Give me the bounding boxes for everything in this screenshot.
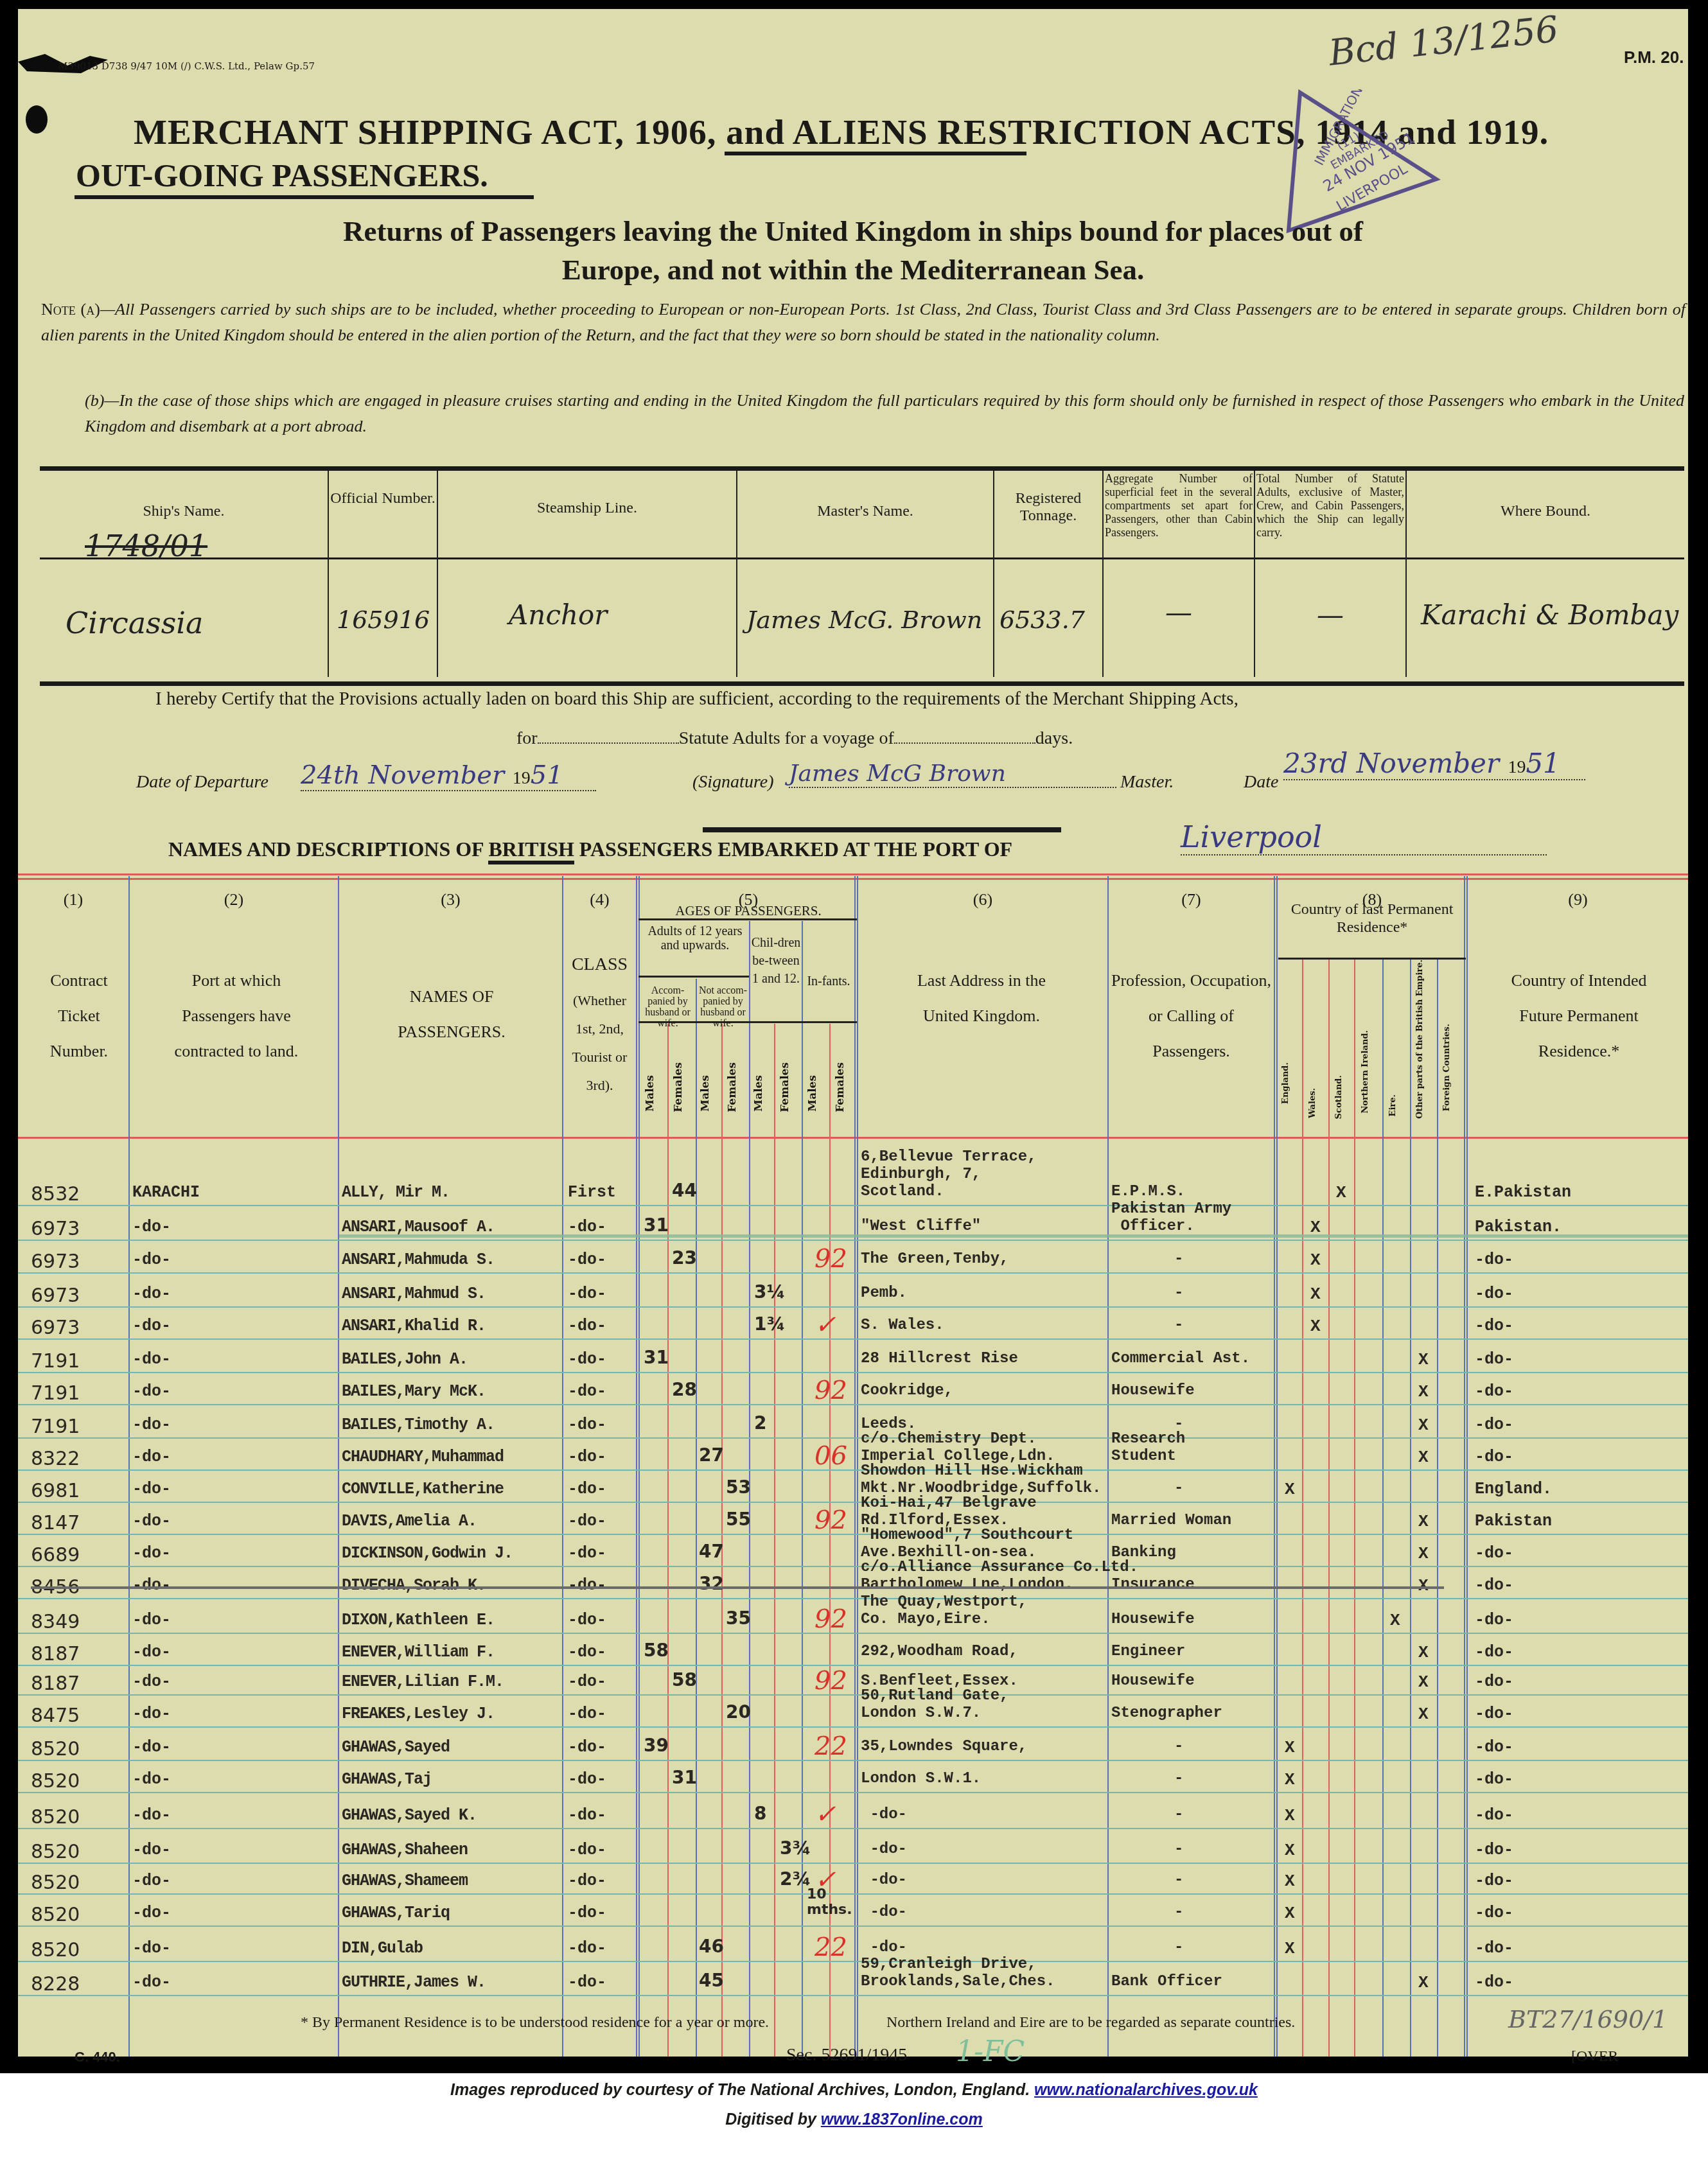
residence-mark: X [1310,1285,1321,1304]
row-rule [18,1863,1688,1864]
row-rule [18,1306,1688,1308]
1837online-link[interactable]: www.1837online.com [821,2110,983,2128]
heading-line-2: Europe, and not within the Mediterranean… [18,253,1688,286]
last-address: The Green,Tenby, [861,1250,1008,1268]
row-rule [18,1534,1688,1535]
col-divider [338,876,339,2057]
port-to-land: -do- [132,1705,171,1723]
row-rule [18,1240,1688,1241]
col7-number: (7) [1109,884,1274,915]
row-rule [18,1437,1688,1439]
port-to-land: -do- [132,1250,171,1269]
profession: - [1174,1872,1183,1889]
port-to-land: -do- [132,1738,171,1757]
last-address: Koi-Hai,47 Belgrave Rd.Ilford,Essex. [861,1495,1037,1529]
date-value: 23rd November [1283,748,1499,779]
official-number-value: 165916 [337,606,430,634]
passenger-age: 55 [726,1512,751,1527]
col9-header: Country of Intended Future Permanent Res… [1489,963,1669,1069]
registered-tonnage-value: 6533.7 [999,606,1085,634]
header-registered-tonnage: Registered Tonnage. [994,490,1102,525]
passenger-class: -do- [568,1480,606,1498]
row-rule [18,1961,1688,1962]
row-rule [18,1404,1688,1405]
last-address: London S.W.1. [861,1770,981,1787]
ticket-number: 8520 [31,1806,80,1829]
future-residence: Pakistan [1475,1512,1552,1531]
header-official-number: Official Number. [329,490,437,507]
passenger-age: 45 [699,1973,724,1988]
col3-number: (3) [339,884,562,915]
aggregate-value: — [1104,597,1254,628]
header-where-bound: Where Bound. [1407,503,1684,520]
row-rule [18,1338,1688,1340]
passenger-name: ENEVER,Lilian F.M. [342,1672,504,1691]
passenger-age: 3¾ [780,1841,811,1856]
row-rule [18,1792,1688,1793]
passenger-name: DIVECHA,Sorab K. [342,1576,486,1595]
last-address: -do- [861,1806,907,1823]
passenger-age: 53 [726,1480,751,1495]
residence-wales: Wales. [1308,1088,1317,1118]
residence-mark: X [1336,1183,1346,1202]
passenger-class: -do- [568,1611,606,1629]
port-to-land: -do- [132,1544,171,1563]
passenger-age: 58 [672,1672,697,1688]
port-to-land: -do- [132,1939,171,1958]
profession: Research Student [1111,1430,1185,1465]
last-address: The Quay,Westport, Co. Mayo,Eire. [861,1593,1027,1628]
port-to-land: -do- [132,1643,171,1662]
passenger-class: -do- [568,1382,606,1401]
port-of-embarkation-field[interactable]: Liverpool [1181,820,1547,855]
passenger-name: BAILES,Mary McK. [342,1382,486,1401]
profession: - [1174,1250,1183,1268]
passenger-name: GHAWAS,Sayed K. [342,1806,477,1825]
residence-mark: X [1310,1317,1321,1336]
passenger-class: -do- [568,1416,606,1434]
col-divider [696,979,697,2057]
profession: - [1174,1904,1183,1921]
ticket-number: 6973 [31,1218,80,1240]
ship-details-table: Ship's Name. Official Number. Steamship … [40,466,1684,686]
residence-mark: X [1310,1250,1321,1270]
passenger-name: ALLY, Mir M. [342,1183,450,1202]
red-annotation: 92 [814,1376,847,1405]
credit-line: Images reproduced by courtesy of The Nat… [0,2081,1708,2100]
profession: Housewife [1111,1611,1195,1628]
profession: Housewife [1111,1672,1195,1690]
row-rule [18,1665,1688,1666]
col-divider [1107,876,1109,2057]
divider [736,471,737,677]
residence-mark: X [1418,1672,1429,1692]
date-label: Date [1244,772,1278,793]
accomp-males: Males [644,1075,656,1112]
future-residence: -do- [1475,1350,1513,1369]
port-to-land: -do- [132,1672,171,1691]
port-to-land: -do- [132,1416,171,1434]
passenger-class: -do- [568,1576,606,1595]
passenger-class: -do- [568,1512,606,1531]
col-divider [1302,960,1303,2057]
red-annotation: 92 [814,1604,847,1634]
last-address: "Homewood",7 Southcourt Ave.Bexhill-on-s… [861,1527,1073,1561]
future-residence: Pakistan. [1475,1218,1562,1236]
date-year-suffix: 51 [1526,748,1560,779]
form-subtitle: OUT-GOING PASSENGERS. [76,157,488,194]
passenger-class: -do- [568,1770,606,1789]
col9-number: (9) [1468,884,1688,915]
residence-mark: X [1285,1738,1295,1757]
last-address: 292,Woodham Road, [861,1643,1018,1660]
note-a-label: Note (a) [41,300,100,319]
last-address: -do- [861,1939,907,1956]
departure-value: 24th November [301,760,504,790]
passenger-name: CHAUDHARY,Muhammad [342,1448,504,1466]
last-address: 35,Lowndes Square, [861,1738,1027,1755]
passenger-age: 31 [644,1350,669,1365]
row-rule [18,1926,1688,1927]
col-divider [1328,960,1330,2057]
divider [1102,471,1104,677]
last-address: 6,Bellevue Terrace, Edinburgh, 7, Scotla… [861,1148,1037,1200]
ship-table-divider [40,557,1684,559]
future-residence: -do- [1475,1806,1513,1825]
port-to-land: -do- [132,1611,171,1629]
ticket-number: 8520 [31,1872,80,1894]
statute-adults-field[interactable] [538,742,679,744]
table-top-rule [18,873,1688,875]
row-rule [18,1995,1688,1996]
col-divider [1410,960,1411,2057]
residence-eire: Eire. [1388,1094,1398,1117]
hole-punch [26,105,48,134]
red-annotation: 22 [814,1732,847,1761]
passenger-name: GHAWAS,Shameem [342,1872,468,1890]
residence-foreign: Foreign Countries. [1442,1024,1452,1111]
accomp-females: Females [672,1062,685,1112]
last-address: c/o.Chemistry Dept. Imperial College,Ldn… [861,1430,1055,1465]
passenger-name: DICKINSON,Godwin J. [342,1544,513,1563]
footnote-1: * By Permanent Residence is to be unders… [301,2014,769,2031]
last-address: Cookridge, [861,1382,953,1399]
notaccomp-females: Females [726,1062,739,1112]
strikethrough-line [31,1586,1444,1589]
row-rule [18,1633,1688,1634]
col-divider [1382,960,1384,2057]
ticket-number: 8349 [31,1611,80,1633]
header-steamship-line: Steamship Line. [438,500,736,517]
row-rule [18,1272,1688,1274]
col2-header: Port at which Passengers have contracted… [159,963,313,1069]
ticket-number: 8532 [31,1183,80,1206]
header-total-adults: Total Number of Statute Adults, exclusiv… [1256,472,1404,540]
residence-mark: X [1418,1643,1429,1662]
passenger-age: 46 [699,1939,724,1954]
red-annotation: ✓ [814,1310,836,1340]
for-label: for [516,728,538,748]
passenger-class: -do- [568,1705,606,1723]
passenger-age: 28 [672,1382,697,1398]
green-highlight-line [339,1234,1688,1238]
col5-adults: Adults of 12 years and upwards. [640,924,750,952]
residence-mark: X [1418,1382,1429,1401]
document-page: M39013 D738 9/47 10M (/) C.W.S. Ltd., Pe… [18,9,1688,2057]
port-to-land: -do- [132,1382,171,1401]
future-residence: -do- [1475,1841,1513,1859]
date-of-departure-label: Date of Departure [136,772,269,793]
ticket-number: 6689 [31,1544,80,1566]
ship-reference: 1748/01 [85,529,207,563]
ticket-number: 8520 [31,1904,80,1926]
passenger-name: DIN,Gulab [342,1939,423,1958]
future-residence: -do- [1475,1382,1513,1401]
ticket-number: 8475 [31,1705,80,1727]
residence-mark: X [1418,1544,1429,1563]
col6-number: (6) [858,884,1107,915]
passenger-age: 27 [699,1448,724,1463]
ticket-number: 8520 [31,1841,80,1863]
divider [1405,471,1407,677]
residence-mark: X [1285,1806,1295,1825]
residence-mark: X [1285,1904,1295,1923]
future-residence: -do- [1475,1770,1513,1789]
date-of-departure-field[interactable]: 24th November 1951 [301,760,596,791]
port-to-land: -do- [132,1806,171,1825]
section-number: Sec. 52691/1945 [786,2045,907,2066]
passenger-age: 20 [726,1705,751,1720]
residence-mark: X [1418,1512,1429,1531]
section-rule [703,827,1061,832]
passenger-class: -do- [568,1973,606,1992]
future-residence: -do- [1475,1738,1513,1757]
col-divider [1466,876,1468,2057]
last-address: "West Cliffe" [861,1218,981,1235]
red-annotation: ✓ [814,1800,836,1829]
residence-scotland: Scotland. [1334,1075,1344,1119]
certification-voyage-line: forStatute Adults for a voyage ofdays. [516,728,1073,749]
children-females: Females [779,1062,791,1112]
heading-line-1: Returns of Passengers leaving the United… [18,215,1688,248]
col7-header: Profession, Occupation, or Calling of Pa… [1110,963,1272,1069]
col-divider [774,1024,775,2057]
residence-rule [1278,958,1466,960]
title-rule [725,152,1026,155]
profession: Bank Officer [1111,1973,1222,1990]
residence-mark: X [1285,1770,1295,1789]
profession: - [1174,1285,1183,1302]
passenger-class: -do- [568,1872,606,1890]
days-label: days. [1035,728,1073,748]
profession: Married Woman [1111,1512,1231,1529]
col5-children: Chil-dren be-tween 1 and 12. [750,934,802,988]
port-to-land: KARACHI [132,1183,200,1202]
total-adults-value: — [1255,599,1405,631]
passenger-class: -do- [568,1672,606,1691]
ticket-number: 6981 [31,1480,80,1502]
future-residence: -do- [1475,1643,1513,1662]
form-code: P.M. 20. [1624,48,1684,67]
col5-not-accompanied: Not accom-panied by husband or wife. [697,985,749,1029]
adults-rule [638,976,749,978]
port-to-land: -do- [132,1872,171,1890]
passenger-age: 2¾ [780,1872,811,1887]
future-residence: -do- [1475,1939,1513,1958]
passenger-name: GHAWAS,Tariq [342,1904,450,1922]
profession: - [1174,1738,1183,1755]
credit-text: Images reproduced by courtesy of The Nat… [450,2081,1030,2099]
col-divider [128,876,130,2057]
row-rule [18,1502,1688,1503]
passenger-name: GUTHRIE,James W. [342,1973,486,1992]
passenger-age: 23 [672,1250,697,1266]
residence-mark: X [1390,1611,1400,1630]
red-annotation: 92 [814,1505,847,1535]
port-to-land: -do- [132,1317,171,1335]
ticket-number: 7191 [31,1416,80,1438]
steamship-line-value: Anchor [509,599,607,631]
passenger-class: -do- [568,1544,606,1563]
col-divider [721,1024,723,2057]
ticket-number: 8147 [31,1512,80,1534]
residence-mark: X [1418,1973,1429,1992]
col4-number: (4) [563,884,636,915]
port-to-land: -do- [132,1285,171,1303]
residence-mark: X [1285,1872,1295,1891]
passenger-class: -do- [568,1643,606,1662]
port-to-land: -do- [132,1448,171,1466]
future-residence: E.Pakistan [1475,1183,1571,1202]
future-residence: -do- [1475,1973,1513,1992]
passenger-age: 2 [754,1416,766,1431]
col6-header: Last Address in the United Kingdom. [904,963,1059,1033]
heading-british: BRITISH [488,838,574,864]
masters-name-value: James McG. Brown [746,606,982,634]
over-marker: [OVER [1571,2048,1618,2066]
passenger-name: ANSARI,Mahmud S. [342,1285,486,1303]
passenger-age: 31 [672,1770,697,1785]
row-rule [18,1470,1688,1471]
passenger-name: ANSARI,Mausoof A. [342,1218,495,1236]
ticket-number: 7191 [31,1382,80,1405]
heading-prefix: NAMES AND DESCRIPTIONS OF [168,838,483,861]
signature-field[interactable]: James McG Brown [789,760,1116,788]
port-to-land: -do- [132,1973,171,1992]
passenger-class: -do- [568,1448,606,1466]
future-residence: -do- [1475,1317,1513,1335]
passenger-class: -do- [568,1841,606,1859]
profession: - [1174,1480,1183,1497]
passenger-heading: NAMES AND DESCRIPTIONS OF BRITISH PASSEN… [168,838,1012,861]
col-divider [638,876,640,2057]
residence-mark: X [1418,1416,1429,1435]
national-archives-link[interactable]: www.nationalarchives.gov.uk [1034,2081,1258,2099]
note-a: Note (a)—All Passengers carried by such … [41,297,1686,348]
credit-band: Images reproduced by courtesy of The Nat… [0,2073,1708,2167]
future-residence: -do- [1475,1705,1513,1723]
passenger-name: ENEVER,William F. [342,1643,495,1662]
future-residence: -do- [1475,1576,1513,1595]
archive-reference: BT27/1690/1 [1508,2005,1668,2033]
col1-header: Contract Ticket Number. [44,963,114,1069]
row-rule [18,1694,1688,1696]
profession: - [1174,1317,1183,1334]
passenger-age: 3¼ [754,1285,785,1300]
col5-title: AGES OF PASSENGERS. [640,903,857,919]
col-divider [1464,876,1465,2057]
row-rule [18,1760,1688,1761]
passenger-age: 35 [726,1611,751,1626]
voyage-days-field[interactable] [894,742,1035,744]
row-rule [18,1893,1688,1895]
col-divider [857,876,858,2057]
passenger-name: GHAWAS,Sayed [342,1738,450,1757]
note-b: (b)—In the case of those ships which are… [85,388,1684,439]
residence-mark: X [1418,1448,1429,1467]
col-divider [1276,876,1278,2057]
digitised-text: Digitised by [725,2110,816,2128]
future-residence: -do- [1475,1416,1513,1434]
profession: Commercial Ast. [1111,1350,1250,1367]
last-address: 59,Cranleigh Drive, Brooklands,Sale,Ches… [861,1956,1055,1990]
passenger-class: -do- [568,1250,606,1269]
profession: Engineer [1111,1643,1185,1660]
ship-name-value: Circassia [66,606,203,640]
row-rule [18,1566,1688,1567]
row-rule [18,1598,1688,1599]
passenger-age: 1¾ [754,1317,785,1332]
profession: Insurance [1111,1576,1195,1593]
port-to-land: -do- [132,1480,171,1498]
profession: E.P.M.S. [1111,1183,1185,1200]
port-to-land: -do- [132,1218,171,1236]
future-residence: -do- [1475,1285,1513,1303]
col2-number: (2) [130,884,338,915]
port-to-land: -do- [132,1350,171,1369]
passenger-name: ANSARI,Khalid R. [342,1317,486,1335]
red-annotation: 92 [814,1666,847,1696]
handwritten-reference: Bcd 13/1256 [1327,8,1561,74]
last-address: 28 Hillcrest Rise [861,1350,1018,1367]
passenger-name: CONVILLE,Katherine [342,1480,504,1498]
port-to-land: -do- [132,1576,171,1595]
passenger-name: FREAKES,Lesley J. [342,1705,495,1723]
certification-text: I hereby Certify that the Provisions act… [155,689,1238,710]
passenger-class: -do- [568,1806,606,1825]
date-field[interactable]: 23rd November 1951 [1283,748,1585,780]
ticket-number: 6973 [31,1317,80,1339]
signature-label: (Signature) [692,772,774,793]
children-males: Males [752,1075,765,1112]
passenger-class: -do- [568,1317,606,1335]
passenger-name: GHAWAS,Taj [342,1770,432,1789]
passenger-age: 32 [699,1576,724,1592]
departure-year-prefix: 19 [513,768,531,788]
footnote-2: Northern Ireland and Eire are to be rega… [886,2014,1295,2031]
residence-england: England. [1281,1062,1290,1104]
col4-title: CLASS [563,954,636,975]
col3-header: NAMES OF PASSENGERS. [378,979,525,1049]
header-ships-name: Ship's Name. [40,503,328,520]
residence-other-british-empire: Other parts of the British Empire. [1415,960,1425,1119]
future-residence: -do- [1475,1448,1513,1466]
passenger-age: 10 mths. [807,1887,852,1918]
residence-mark: X [1418,1576,1429,1595]
residence-mark: X [1285,1939,1295,1958]
infants-males: Males [806,1075,819,1112]
passenger-age: 8 [754,1806,766,1821]
